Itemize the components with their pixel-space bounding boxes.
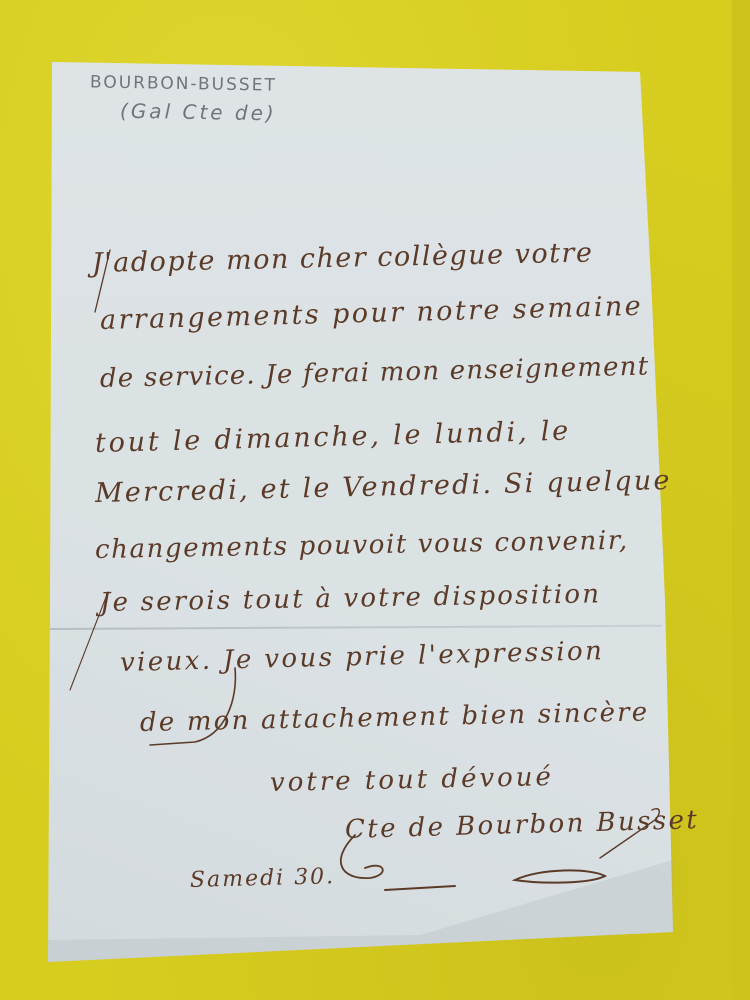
letter-date: Samedi 30.	[190, 864, 336, 893]
background-edge-strip	[732, 0, 750, 1000]
letter-closing: votre tout dévoué	[270, 762, 555, 798]
archival-annotation-name: BOURBON-BUSSET	[90, 72, 277, 95]
archival-annotation-title: (Gal Cte de)	[120, 99, 277, 126]
